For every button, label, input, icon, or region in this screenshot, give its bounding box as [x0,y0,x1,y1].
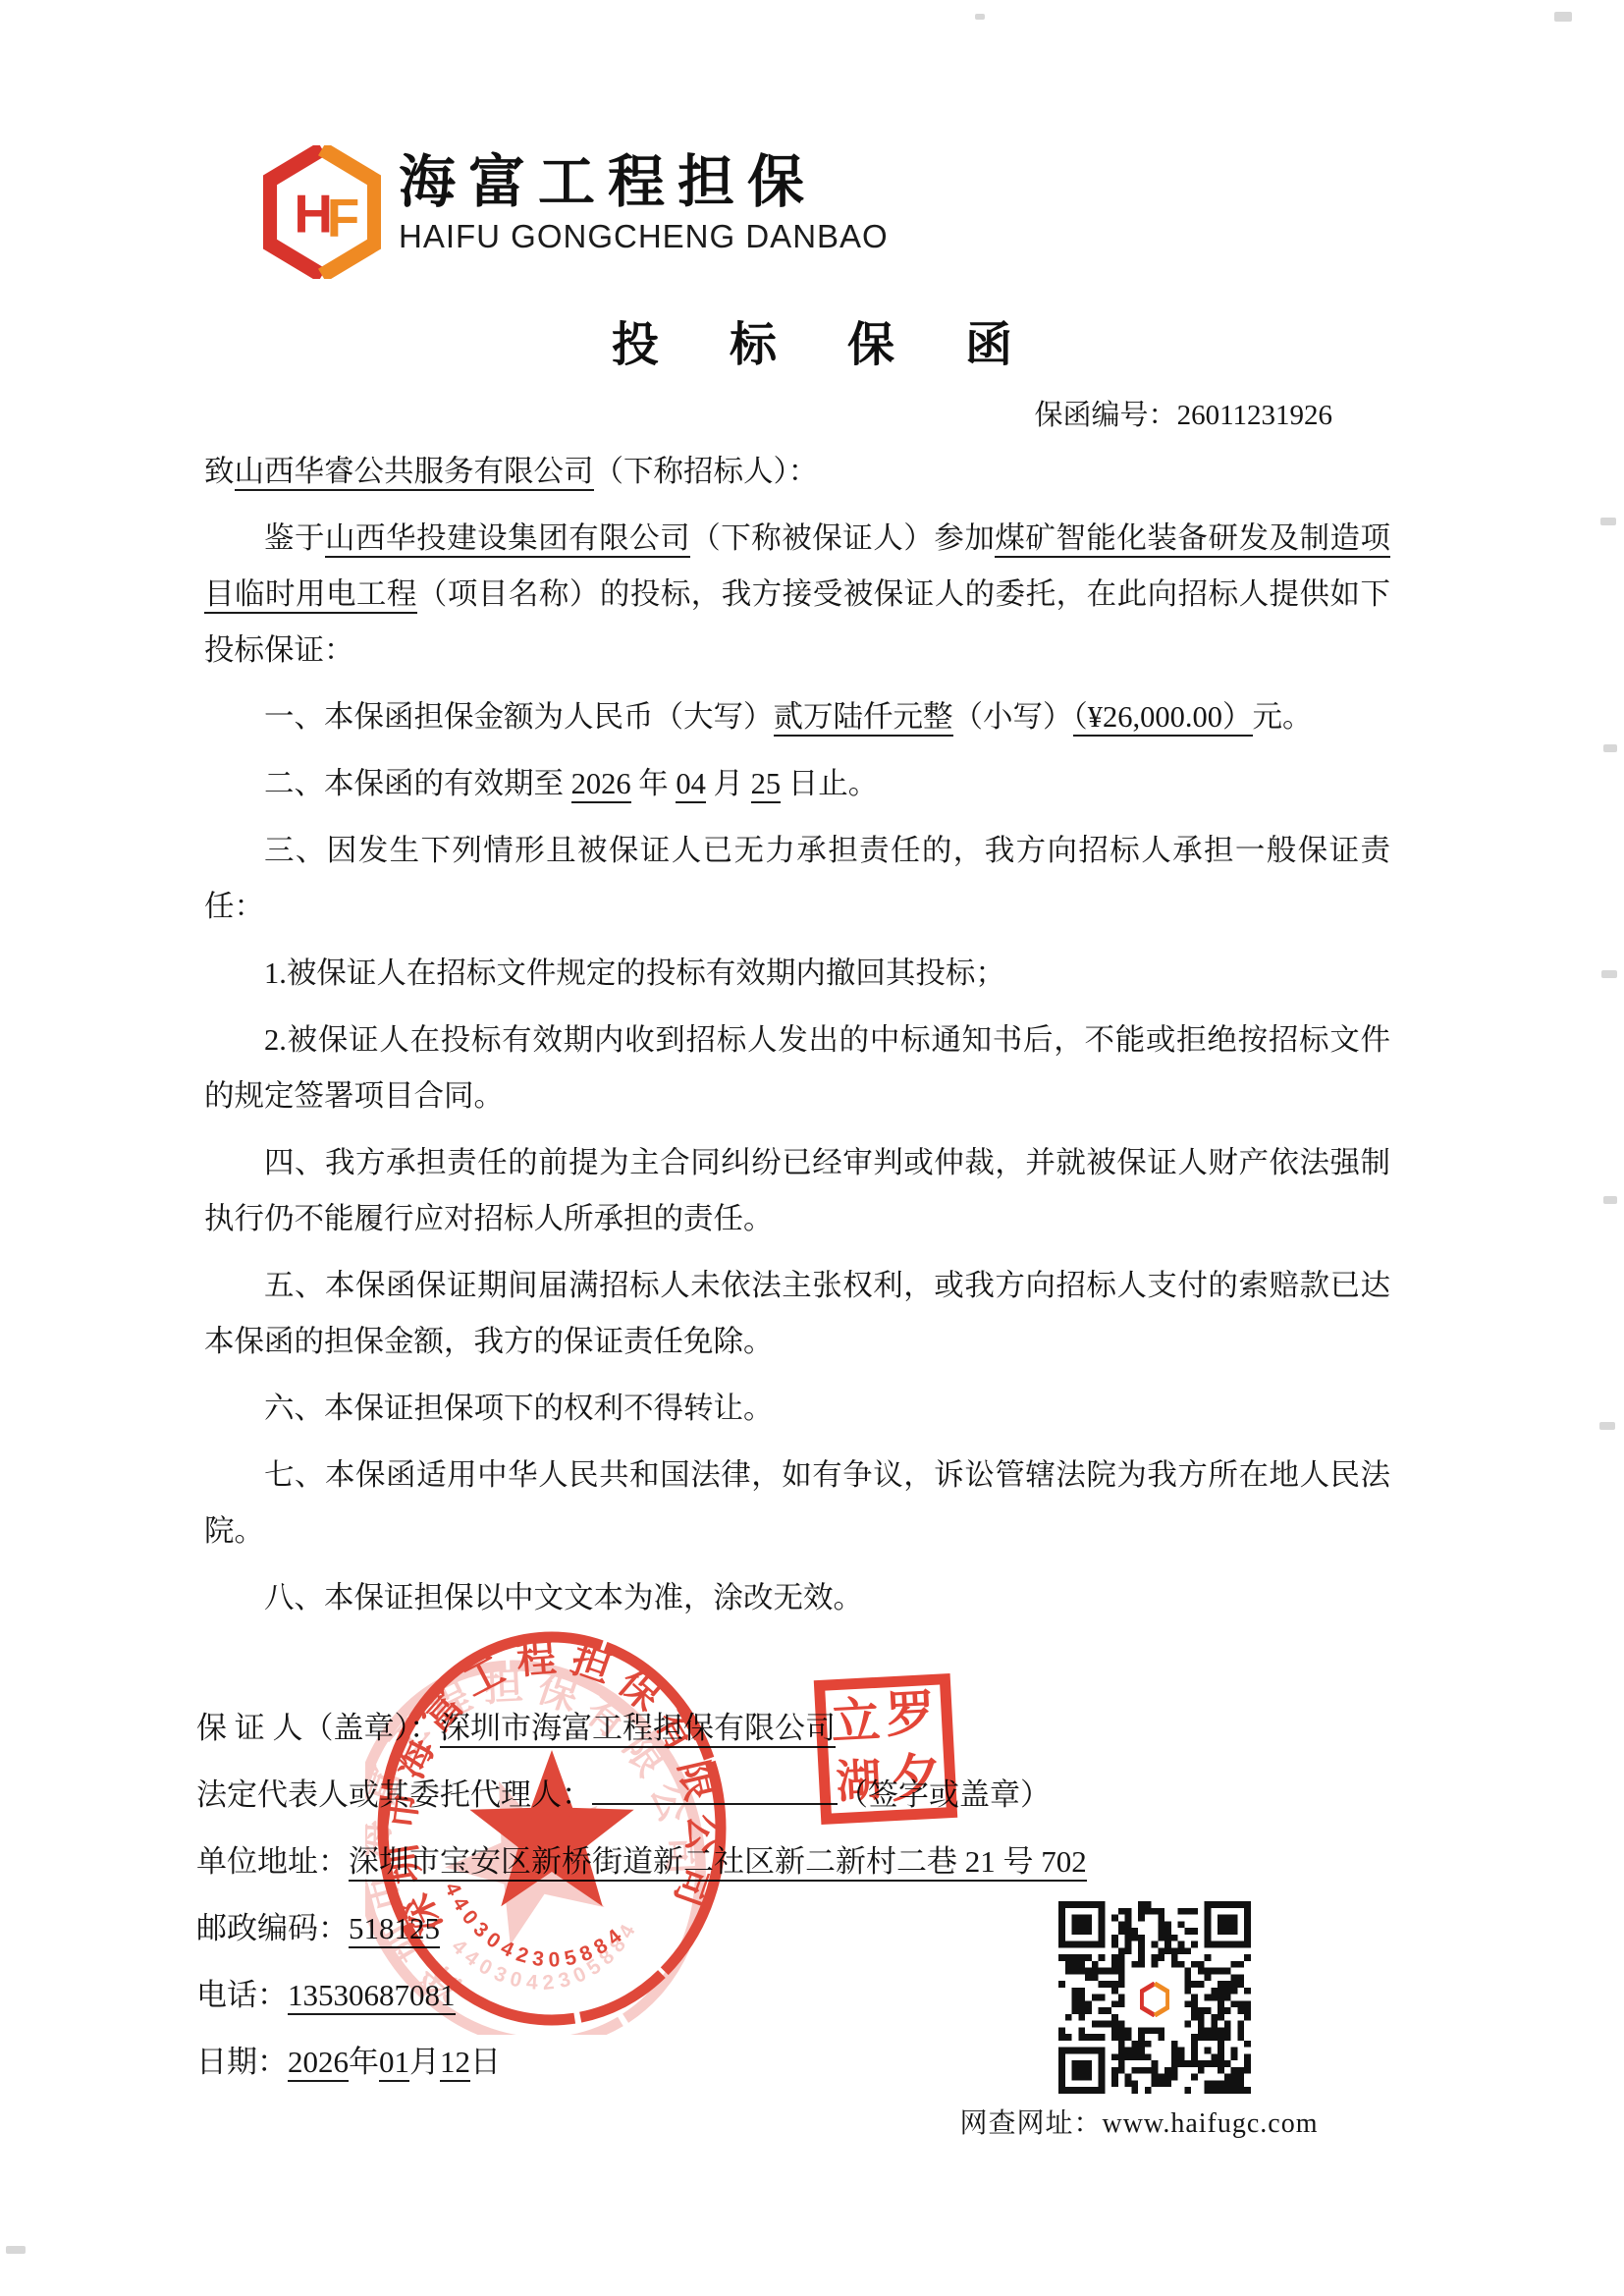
date-year-suffix: 年 [349,2045,379,2079]
representative-suffix: （签字或盖章） [838,1777,1051,1812]
clause-1-amount: 一、本保函担保金额为人民币（大写）贰万陆仟元整（小写）（¥26,000.00）元… [204,689,1390,745]
text-run: 2.被保证人在投标有效期内收到招标人发出的中标通知书后，不能或拒绝按招标文件的规… [204,1023,1390,1113]
text-run: 五、本保函保证期间届满招标人未依法主张权利，或我方向招标人支付的索赔款已达本保函… [204,1269,1390,1358]
preamble-paragraph: 鉴于山西华投建设集团有限公司（下称被保证人）参加煤矿智能化装备研发及制造项目临时… [204,511,1390,679]
text-run: 二、本保函的有效期至 [264,767,571,800]
clause-3: 三、因发生下列情形且被保证人已无力承担责任的，我方向招标人承担一般保证责任： [204,823,1390,935]
logo-monogram-f: F [327,188,360,248]
scan-artifact [6,2246,26,2254]
scan-artifact [1603,1196,1617,1204]
date-month: 01 [379,2045,409,2082]
date-day: 12 [440,2045,470,2082]
letterhead-text: 海富工程担保 HAIFU GONGCHENG DANBAO [399,145,889,255]
clause-4: 四、我方承担责任的前提为主合同纠纷已经审判或仲裁，并就被保证人财产依法强制执行仍… [204,1135,1390,1247]
clause-3-item-1: 1.被保证人在招标文件规定的投标有效期内撤回其投标； [204,946,1390,1002]
company-logo-icon: H F [263,145,381,279]
document-page: H F 海富工程担保 HAIFU GONGCHENG DANBAO 投 标 保 … [0,0,1624,2296]
postcode-line: 邮政编码：518125 [196,1895,1453,1962]
validity-year: 2026 [571,767,631,803]
phone-line: 电话：13530687081 [196,1962,1453,2029]
company-name-cn: 海富工程担保 [399,151,889,214]
guarantee-number-line: 保函编号：26011231926 [0,393,1332,433]
representative-line: 法定代表人或其委托代理人：（签字或盖章） [196,1762,1453,1829]
guarantor-label: 保 证 人（盖章）： [196,1711,440,1745]
text-run: 六、本保证担保项下的权利不得转让。 [264,1392,774,1425]
postcode-value: 518125 [349,1911,440,1948]
clause-8: 八、本保证担保以中文文本为准，涂改无效。 [204,1570,1390,1626]
text-run: 致 [204,455,235,488]
scan-artifact [1599,1422,1615,1430]
text-run: （下称被保证人）参加 [690,521,995,555]
text-run: 元。 [1253,700,1313,734]
text-run: （小写） [953,700,1073,734]
salutation-line: 致山西华睿公共服务有限公司（下称招标人）： [204,444,1390,500]
signature-block: 保 证 人（盖章）：深圳市海富工程担保有限公司 法定代表人或其委托代理人：（签字… [196,1695,1453,2096]
letter-body: 致山西华睿公共服务有限公司（下称招标人）： 鉴于山西华投建设集团有限公司（下称被… [204,444,1390,1637]
address-value: 深圳市宝安区新桥街道新二社区新二新村二巷 21 号 702 [349,1844,1087,1882]
scan-artifact [1601,970,1617,978]
address-line: 单位地址：深圳市宝安区新桥街道新二社区新二新村二巷 21 号 702 [196,1829,1453,1895]
text-run: 1.被保证人在招标文件规定的投标有效期内撤回其投标； [264,957,1005,990]
text-run: 七、本保函适用中华人民共和国法律，如有争议，诉讼管辖法院为我方所在地人民法院。 [204,1458,1390,1548]
validity-day: 25 [751,767,782,803]
guarantor-line: 保 证 人（盖章）：深圳市海富工程担保有限公司 [196,1695,1453,1762]
text-run: （下称招标人）： [594,455,819,488]
clause-3-item-2: 2.被保证人在投标有效期内收到招标人发出的中标通知书后，不能或拒绝按招标文件的规… [204,1012,1390,1124]
date-year: 2026 [288,2045,349,2082]
date-day-suffix: 日 [470,2045,501,2079]
phone-value: 13530687081 [288,1978,456,2015]
text-run: 一、本保函担保金额为人民币（大写） [264,700,774,734]
text-run: 月 [706,767,751,800]
guarantee-number-label: 保函编号： [1035,400,1177,431]
amount-words: 贰万陆仟元整 [774,700,953,737]
text-run: 三、因发生下列情形且被保证人已无力承担责任的，我方向招标人承担一般保证责任： [204,834,1390,923]
date-label: 日期： [196,2045,288,2079]
clause-2-validity: 二、本保函的有效期至 2026 年 04 月 25 日止。 [204,756,1390,812]
principal-name: 山西华投建设集团有限公司 [325,521,690,558]
company-name-en: HAIFU GONGCHENG DANBAO [399,218,889,255]
text-run: 鉴于 [264,521,325,555]
addressee-name: 山西华睿公共服务有限公司 [235,455,594,491]
phone-label: 电话： [196,1978,288,2012]
scan-artifact [1603,744,1617,752]
text-run: 八、本保证担保以中文文本为准，涂改无效。 [264,1581,863,1614]
signature-blank-line [592,1774,838,1805]
text-run: 四、我方承担责任的前提为主合同纠纷已经审判或仲裁，并就被保证人财产依法强制执行仍… [204,1146,1390,1235]
guarantee-number: 26011231926 [1177,400,1332,431]
qr-code [1058,1901,1251,2094]
postcode-label: 邮政编码： [196,1911,349,1945]
date-line: 日期：2026年01月12日 [196,2029,1453,2096]
address-label: 单位地址： [196,1844,349,1879]
text-run: 年 [631,767,677,800]
validity-month: 04 [676,767,706,803]
representative-label: 法定代表人或其委托代理人： [196,1777,592,1812]
clause-5: 五、本保函保证期间届满招标人未依法主张权利，或我方向招标人支付的索赔款已达本保函… [204,1258,1390,1370]
scan-artifact [1600,518,1616,525]
clause-7: 七、本保函适用中华人民共和国法律，如有争议，诉讼管辖法院为我方所在地人民法院。 [204,1448,1390,1559]
guarantor-name: 深圳市海富工程担保有限公司 [440,1711,836,1748]
verification-url: 网查网址：www.haifugc.com [923,2102,1355,2141]
clause-6: 六、本保证担保项下的权利不得转让。 [204,1381,1390,1437]
document-title: 投 标 保 函 [0,306,1624,374]
scan-artifact [975,14,985,20]
text-run: 日止。 [781,767,878,800]
date-month-suffix: 月 [409,2045,440,2079]
amount-figures: （¥26,000.00） [1073,700,1253,737]
letterhead: H F 海富工程担保 HAIFU GONGCHENG DANBAO [263,145,889,279]
scan-artifact [1554,12,1572,22]
